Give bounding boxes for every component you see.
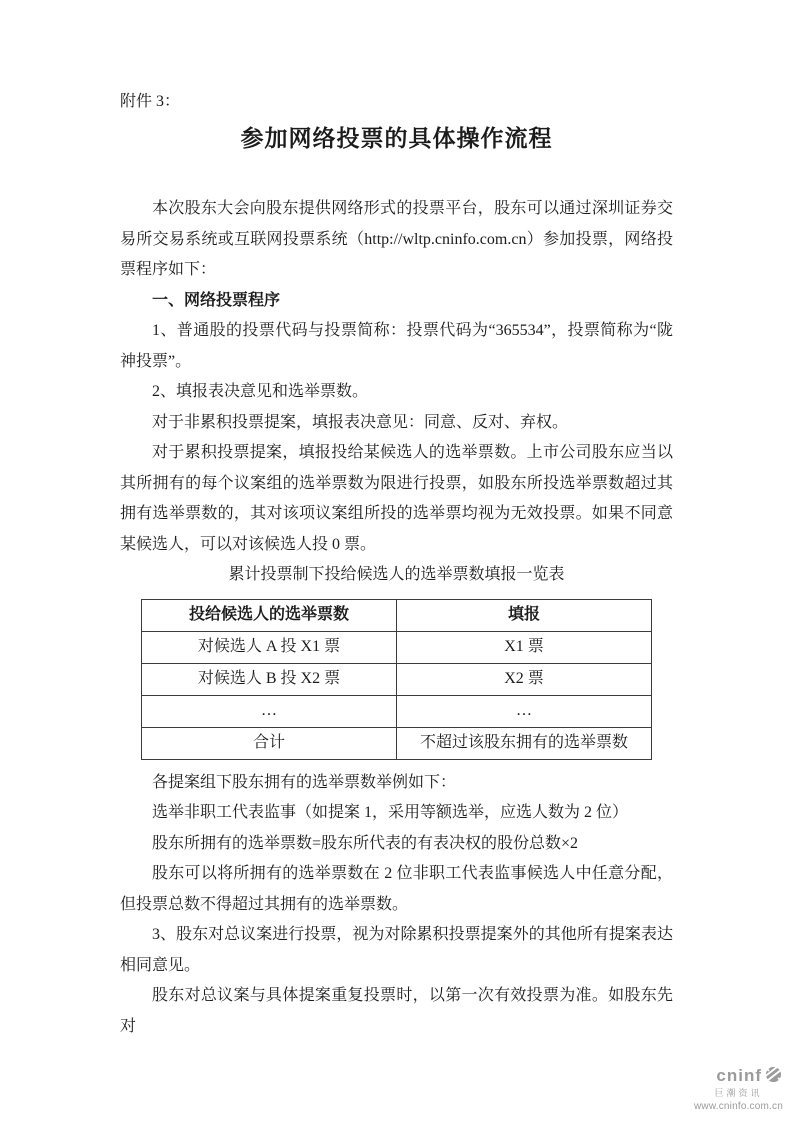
paragraph-cumulative: 对于累积投票提案，填报投给某候选人的选举票数。上市公司股东应当以其所拥有的每个议… — [120, 438, 673, 560]
cninfo-wordmark: cninf — [716, 1067, 762, 1086]
table-cell: … — [142, 695, 397, 727]
section-heading-network-voting: 一、网络投票程序 — [120, 286, 673, 317]
table-row: 对候选人 A 投 X1 票 X1 票 — [142, 631, 652, 663]
table-row: 合计 不超过该股东拥有的选举票数 — [142, 727, 652, 759]
votes-table: 投给候选人的选举票数 填报 对候选人 A 投 X1 票 X1 票 对候选人 B … — [141, 599, 652, 760]
cninfo-logo: cninf 巨潮资讯 www.cninfo.com.cn — [694, 1065, 783, 1112]
cninfo-logo-row: cninf — [694, 1065, 783, 1089]
table-header-cell-votes: 投给候选人的选举票数 — [142, 599, 397, 631]
table-caption: 累计投票制下投给候选人的选举票数填报一览表 — [120, 560, 673, 591]
table-cell: 不超过该股东拥有的选举票数 — [397, 727, 652, 759]
table-cell: 对候选人 A 投 X1 票 — [142, 631, 397, 663]
table-cell: 合计 — [142, 727, 397, 759]
paragraph-item3: 3、股东对总议案进行投票，视为对除累积投票提案外的其他所有提案表达相同意见。 — [120, 920, 673, 981]
table-row: … … — [142, 695, 652, 727]
paragraph-non-cumulative: 对于非累积投票提案，填报表决意见：同意、反对、弃权。 — [120, 408, 673, 439]
table-row: 对候选人 B 投 X2 票 X2 票 — [142, 663, 652, 695]
paragraph-example-line2: 股东所拥有的选举票数=股东所代表的有表决权的股份总数×2 — [120, 829, 673, 860]
table-cell: 对候选人 B 投 X2 票 — [142, 663, 397, 695]
swirl-icon — [764, 1065, 783, 1089]
table-header-row: 投给候选人的选举票数 填报 — [142, 599, 652, 631]
page-title: 参加网络投票的具体操作流程 — [120, 124, 673, 154]
paragraph-repeat-vote: 股东对总议案与具体提案重复投票时，以第一次有效投票为准。如股东先对 — [120, 981, 673, 1042]
paragraph-example-intro: 各提案组下股东拥有的选举票数举例如下： — [120, 768, 673, 799]
cninfo-brand-cn: 巨潮资讯 — [694, 1089, 783, 1099]
document-content: 附件 3： 参加网络投票的具体操作流程 本次股东大会向股东提供网络形式的投票平台… — [120, 90, 673, 1042]
table-header-cell-fill: 填报 — [397, 599, 652, 631]
paragraph-item2: 2、填报表决意见和选举票数。 — [120, 377, 673, 408]
attachment-label: 附件 3： — [120, 90, 673, 114]
paragraph-item1: 1、普通股的投票代码与投票简称：投票代码为“365534”，投票简称为“陇神投票… — [120, 316, 673, 377]
paragraph-intro: 本次股东大会向股东提供网络形式的投票平台，股东可以通过深圳证券交易所交易系统或互… — [120, 194, 673, 286]
paragraph-example-line1: 选举非职工代表监事（如提案 1，采用等额选举，应选人数为 2 位） — [120, 798, 673, 829]
cninfo-url: www.cninfo.com.cn — [694, 1101, 783, 1112]
table-cell: X1 票 — [397, 631, 652, 663]
table-cell: … — [397, 695, 652, 727]
document-page: 附件 3： 参加网络投票的具体操作流程 本次股东大会向股东提供网络形式的投票平台… — [0, 0, 793, 1122]
paragraph-example-line3: 股东可以将所拥有的选举票数在 2 位非职工代表监事候选人中任意分配，但投票总数不… — [120, 859, 673, 920]
table-cell: X2 票 — [397, 663, 652, 695]
